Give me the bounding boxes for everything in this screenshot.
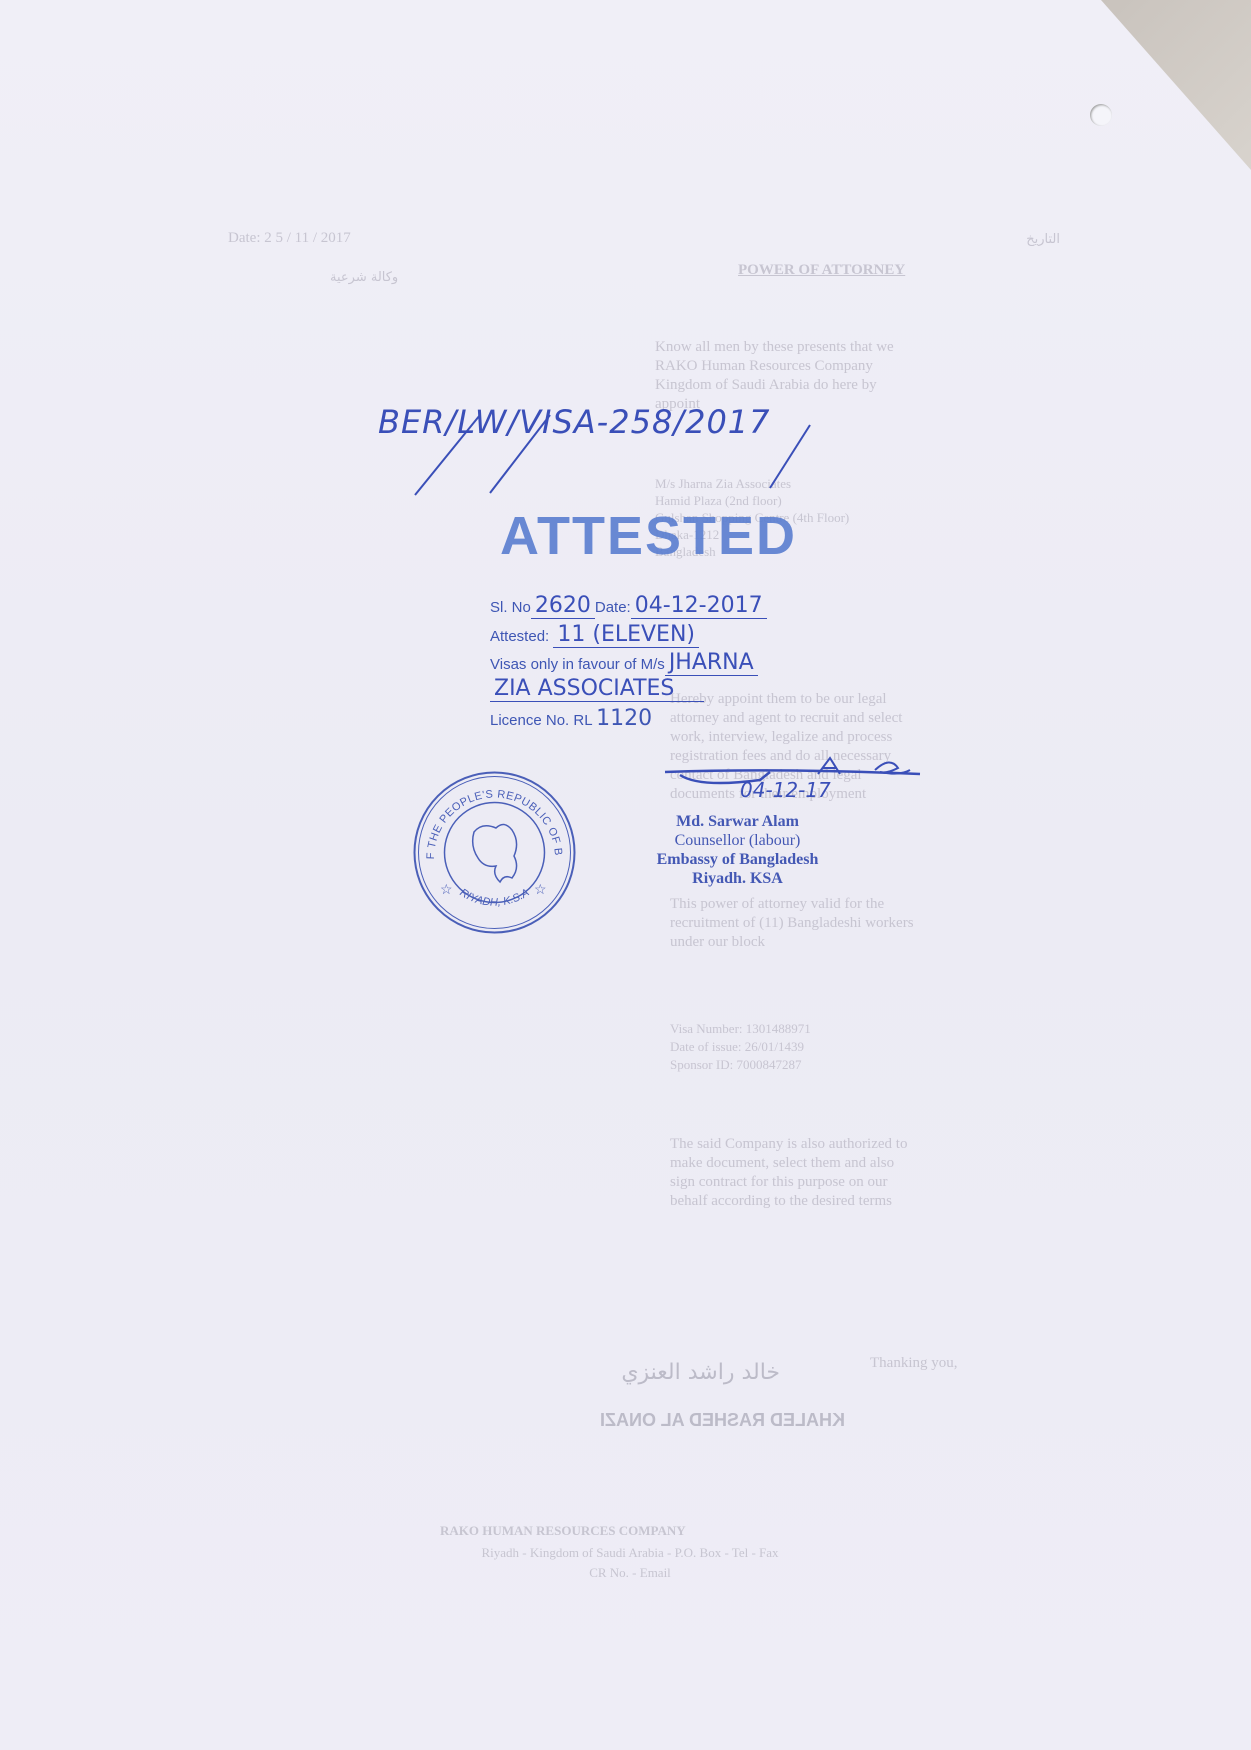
faded-signatory-en: KHALED RASHED AL ONAZI xyxy=(600,1410,845,1431)
faded-footer-contact: CR No. - Email xyxy=(120,1565,1140,1581)
attested-label: Attested: xyxy=(490,628,549,645)
faded-signatory-ar: خالد راشد العنزي xyxy=(620,1360,780,1385)
faded-line: This power of attorney valid for the xyxy=(670,895,960,914)
faded-title-ar: وكالة شرعية xyxy=(330,270,530,285)
attested-stamp: ATTESTED xyxy=(500,505,797,567)
seal-bottom-text: RIYADH, K.S.A xyxy=(458,887,532,909)
date-label: Date: xyxy=(595,599,631,616)
bangladesh-map-icon xyxy=(473,824,517,882)
faded-date: Date: 2 5 / 11 / 2017 xyxy=(228,230,351,247)
faded-body-4: This power of attorney valid for the rec… xyxy=(670,895,960,952)
officer-title: Counsellor (labour) xyxy=(620,831,855,850)
serial-value: 2620 xyxy=(531,593,595,619)
reference-slashes xyxy=(370,395,930,505)
officer-office: Embassy of Bangladesh xyxy=(620,850,855,869)
favour-line: Visas only in favour of M/sJHARNA xyxy=(490,650,758,675)
date-value: 04-12-2017 xyxy=(631,593,767,619)
svg-text:EMBASSY OF THE PEOPLE'S REPUBL: EMBASSY OF THE PEOPLE'S REPUBLIC OF BANG… xyxy=(412,770,564,859)
faded-visa-block: Visa Number: 1301488971 Date of issue: 2… xyxy=(670,1020,960,1074)
signature-date: 04-12-17 xyxy=(740,778,831,802)
faded-line: attorney and agent to recruit and select xyxy=(670,709,960,728)
svg-text:RIYADH, K.S.A: RIYADH, K.S.A xyxy=(458,887,532,909)
faded-line: The said Company is also authorized to xyxy=(670,1135,970,1154)
faded-body-5: The said Company is also authorized to m… xyxy=(670,1135,970,1211)
faded-line: recruitment of (11) Bangladeshi workers xyxy=(670,914,960,933)
faded-footer-company: RAKO HUMAN RESOURCES COMPANY xyxy=(440,1523,686,1539)
faded-line: Date of issue: 26/01/1439 xyxy=(670,1038,960,1056)
faded-line: make document, select them and also xyxy=(670,1154,970,1173)
officer-name: Md. Sarwar Alam xyxy=(620,812,855,831)
licence-line: Licence No. RL 1120 xyxy=(490,706,652,731)
faded-line: Sponsor ID: 7000847287 xyxy=(670,1056,960,1074)
faded-line: Know all men by these presents that we xyxy=(655,338,955,357)
faded-footer-address: Riyadh - Kingdom of Saudi Arabia - P.O. … xyxy=(120,1545,1140,1561)
attested-value: 11 (ELEVEN) xyxy=(553,622,699,648)
officer-block: Md. Sarwar Alam Counsellor (labour) Emba… xyxy=(620,812,855,888)
star-icon: ☆ xyxy=(440,883,453,898)
faded-line: work, interview, legalize and process xyxy=(670,728,960,747)
favour-value-2: ZIA ASSOCIATES xyxy=(490,676,704,702)
faded-line: RAKO Human Resources Company xyxy=(655,357,955,376)
faded-closing: Thanking you, xyxy=(870,1355,958,1372)
faded-line: Kingdom of Saudi Arabia do here by xyxy=(655,376,955,395)
star-icon: ☆ xyxy=(534,883,547,898)
officer-location: Riyadh. KSA xyxy=(620,869,855,888)
serial-date-line: Sl. No2620Date:04-12-2017 xyxy=(490,593,767,618)
folded-corner xyxy=(1101,0,1251,170)
favour-line-2: ZIA ASSOCIATES xyxy=(490,676,704,701)
document-page: Date: 2 5 / 11 / 2017 POWER OF ATTORNEY … xyxy=(0,0,1251,1750)
favour-value-1: JHARNA xyxy=(665,650,758,676)
faded-line: Visa Number: 1301488971 xyxy=(670,1020,960,1038)
faded-line: sign contract for this purpose on our xyxy=(670,1173,970,1192)
faded-date-ar: التاريخ xyxy=(880,232,1060,247)
favour-label: Visas only in favour of M/s xyxy=(490,656,665,673)
licence-value: 1120 xyxy=(596,706,652,731)
faded-line: under our block xyxy=(670,933,960,952)
embassy-seal: EMBASSY OF THE PEOPLE'S REPUBLIC OF BANG… xyxy=(412,770,577,935)
faded-line: Hereby appoint them to be our legal xyxy=(670,690,960,709)
faded-line: behalf according to the desired terms xyxy=(670,1192,970,1211)
serial-label: Sl. No xyxy=(490,599,531,616)
attested-count-line: Attested: 11 (ELEVEN) xyxy=(490,622,699,647)
faded-title: POWER OF ATTORNEY xyxy=(738,262,905,279)
licence-label: Licence No. RL xyxy=(490,712,592,729)
punch-hole xyxy=(1090,104,1112,126)
seal-top-text: EMBASSY OF THE PEOPLE'S REPUBLIC OF BANG… xyxy=(412,770,564,859)
